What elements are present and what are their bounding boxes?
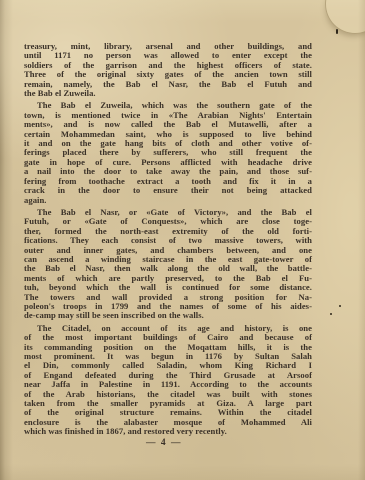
- paragraph: The Bab el Zuweila, which was the southe…: [24, 101, 312, 204]
- text-line: the Bab el Zuweila.: [24, 89, 312, 98]
- ink-speck: [330, 313, 332, 315]
- ink-speck: [336, 29, 338, 34]
- text-line: again.: [24, 196, 312, 205]
- text-line: which was finished in 1867, and restored…: [24, 427, 312, 436]
- page-corner-curl: [325, 0, 365, 34]
- text-line: de-camp may still be seen inscribed on t…: [24, 311, 312, 320]
- text-line: crack in the door to ensure their not be…: [24, 186, 312, 195]
- ink-speck: [339, 305, 341, 307]
- paragraph: The Bab el Nasr, or «Gate of Victory», a…: [24, 208, 312, 321]
- paragraph: treasury, mint, library, arsenal and oth…: [24, 42, 312, 98]
- page-text-block: treasury, mint, library, arsenal and oth…: [24, 42, 312, 437]
- book-page: treasury, mint, library, arsenal and oth…: [0, 0, 365, 480]
- page-number: — 4 —: [24, 438, 304, 448]
- paragraph: The Citadel, on account of its age and h…: [24, 324, 312, 437]
